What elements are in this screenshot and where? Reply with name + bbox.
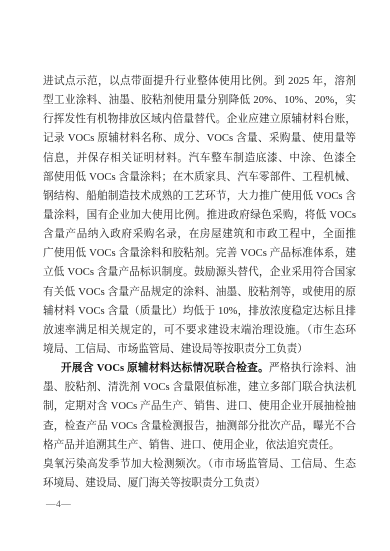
text-line: 臭氧污染高发季节加大检测频次。（市市场监管局、工信局、生态 bbox=[43, 455, 356, 474]
page-number: —4— bbox=[46, 499, 71, 512]
text-line: 放速率满足相关规定的，可不要求建设末端治理设施。（市生态环 bbox=[43, 321, 356, 340]
text-line: 含量产品纳入政府采购名录，在房屋建筑和市政工程中，全面推 bbox=[43, 225, 356, 244]
text-line: 量涂料，国有企业加大使用比例。推进政府绿色采购，将低 VOCs bbox=[43, 206, 356, 225]
paragraph-lead-rest: 严格执行涂料、油 bbox=[269, 363, 356, 374]
paragraph-heading-line: 开展含 VOCs 原辅材料达标情况联合检查。严格执行涂料、油 bbox=[43, 359, 356, 378]
text-line: 辅材料 VOCs 含量（质量比）均低于 10%，排放浓度稳定达标且排 bbox=[43, 302, 356, 321]
paragraph-end-line: 境局、工信局、市场监管局、建设局等按职责分工负责） bbox=[43, 340, 356, 359]
paragraph-bold-lead: 开展含 VOCs 原辅材料达标情况联合检查。 bbox=[61, 363, 269, 374]
text-line: 部使用低 VOCs 含量涂料；在木质家具、汽车零部件、工程机械、 bbox=[43, 168, 356, 187]
text-line: 型工业涂料、油墨、胶粘剂使用量分别降低 20%、10%、20%，实 bbox=[43, 91, 356, 110]
paragraph-end-line: 环境局、建设局、厦门海关等按职责分工负责） bbox=[43, 474, 356, 493]
text-line: 行挥发性有机物排放区域内倍量替代。企业应建立原辅材料台账， bbox=[43, 110, 356, 129]
text-line: 格产品并追溯其生产、销售、进口、使用企业，依法追究责任。 bbox=[43, 436, 356, 455]
body-text: 进试点示范，以点带面提升行业整体使用比例。到 2025 年，溶剂 型工业涂料、油… bbox=[43, 72, 356, 493]
text-line: 记录 VOCs 原辅材料名称、成分、VOCs 含量、采购量、使用量等 bbox=[43, 129, 356, 148]
text-line: 进试点示范，以点带面提升行业整体使用比例。到 2025 年，溶剂 bbox=[43, 72, 356, 91]
text-line: 有关低 VOCs 含量产品规定的涂料、油墨、胶粘剂等，或使用的原 bbox=[43, 283, 356, 302]
text-line: 制，定期对含 VOCs 产品生产、销售、进口、使用企业开展抽检抽 bbox=[43, 397, 356, 416]
text-line: 墨、胶粘剂、清洗剂 VOCs 含量限值标准，建立多部门联合执法机 bbox=[43, 378, 356, 397]
document-page: 进试点示范，以点带面提升行业整体使用比例。到 2025 年，溶剂 型工业涂料、油… bbox=[0, 0, 390, 551]
text-line: 信息，并保存相关证明材料。汽车整车制造底漆、中涂、色漆全 bbox=[43, 149, 356, 168]
text-line: 广使用低 VOCs 含量涂料和胶粘剂。完善 VOCs 产品标准体系，建 bbox=[43, 244, 356, 263]
text-line: 立低 VOCs 含量产品标识制度。鼓励源头替代，企业采用符合国家 bbox=[43, 263, 356, 282]
text-line: 查，检查产品 VOCs 含量检测报告，抽测部分批次产品，曝光不合 bbox=[43, 417, 356, 436]
text-line: 钢结构、船舶制造技术成熟的工艺环节，大力推广使用低 VOCs 含 bbox=[43, 187, 356, 206]
